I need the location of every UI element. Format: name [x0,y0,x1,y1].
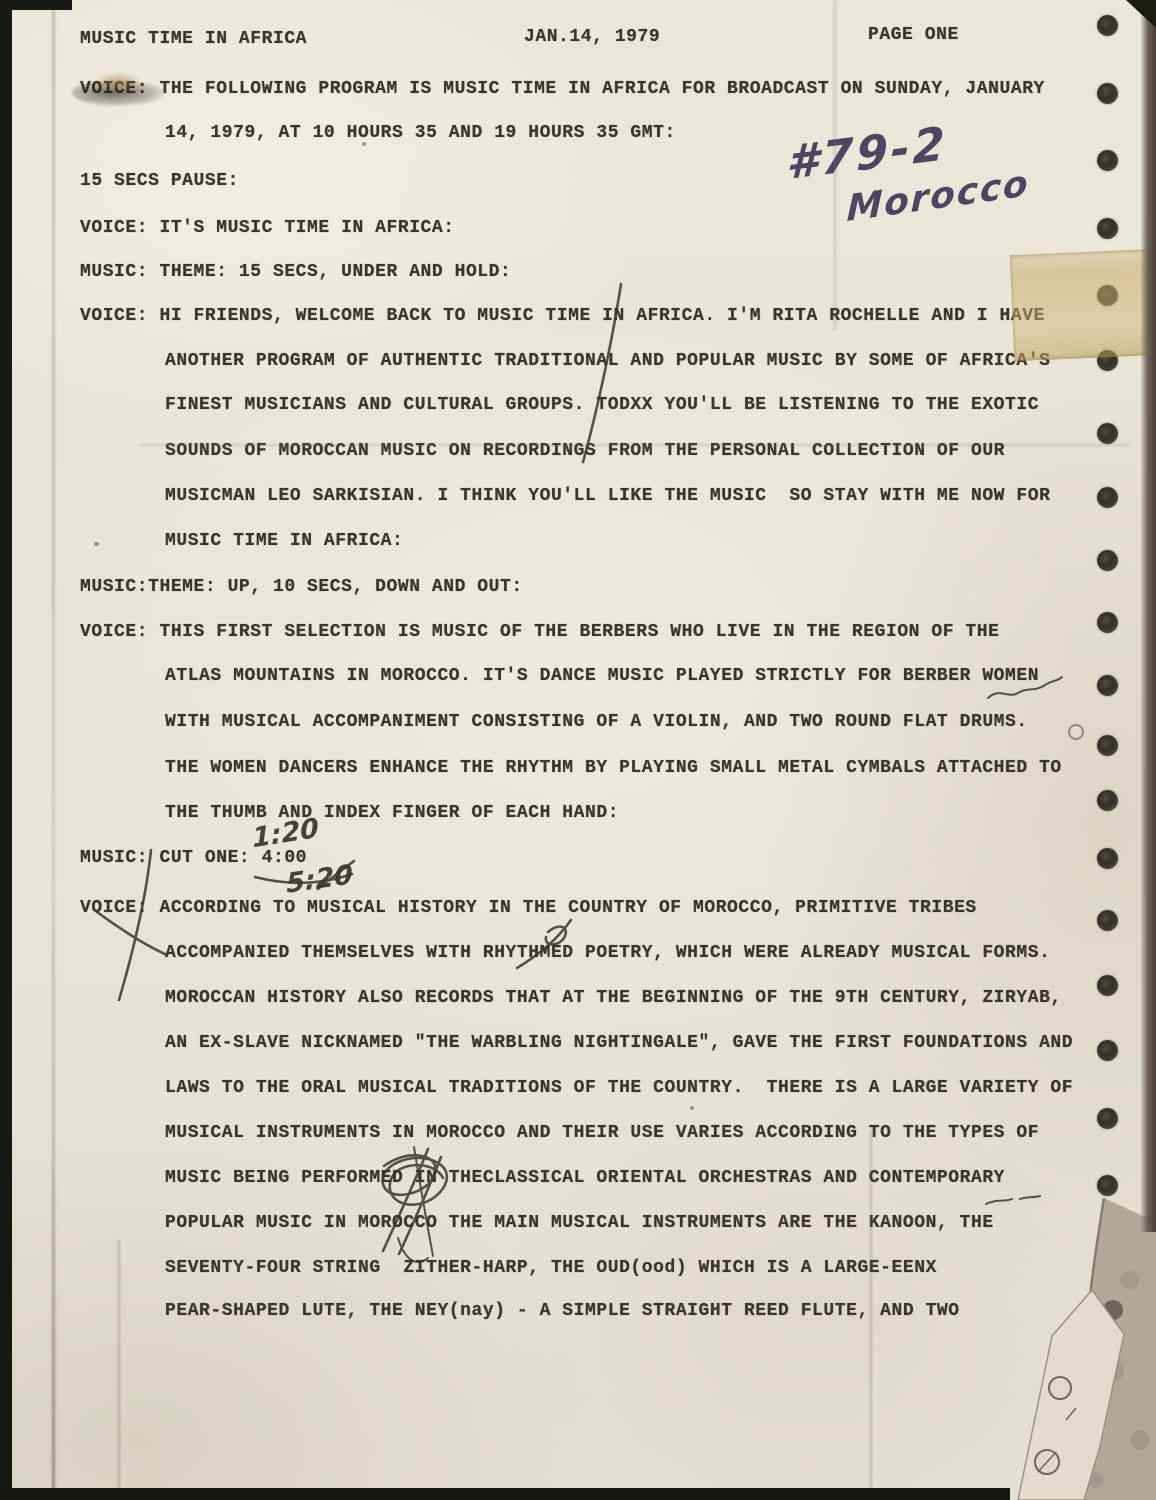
typed-line: MUSIC: THEME: 15 SECS, UNDER AND HOLD: [80,261,511,283]
typed-line: VOICE: THIS FIRST SELECTION IS MUSIC OF … [80,621,1000,643]
typed-line: ACCOMPANIED THEMSELVES WITH RHYTHMED POE… [165,942,1050,964]
typed-line: MUSIC:THEME: UP, 10 SECS, DOWN AND OUT: [80,576,523,598]
punch-hole [1097,350,1118,371]
typed-line: 15 SECS PAUSE: [80,170,239,192]
typed-line: THE WOMEN DANCERS ENHANCE THE RHYTHM BY … [165,757,1062,779]
page-date: JAN.14, 1979 [524,26,660,48]
typed-line: MUSICMAN LEO SARKISIAN. I THINK YOU'LL L… [165,485,1050,507]
punch-hole [1097,15,1118,36]
punch-hole [1097,83,1118,104]
punch-hole [1097,910,1118,931]
typed-line: WITH MUSICAL ACCOMPANIMENT CONSISTING OF… [165,711,1028,733]
page-title: MUSIC TIME IN AFRICA [80,28,307,50]
punch-hole [1097,550,1118,571]
typed-line: VOICE: ACCORDING TO MUSICAL HISTORY IN T… [80,897,977,919]
typed-line: ATLAS MOUNTAINS IN MOROCCO. IT'S DANCE M… [165,665,1039,687]
typed-line: FINEST MUSICIANS AND CULTURAL GROUPS. TO… [165,394,1039,416]
typed-line: LAWS TO THE ORAL MUSICAL TRADITIONS OF T… [165,1077,1073,1099]
punch-hole [1097,675,1118,696]
typed-line: MUSIC TIME IN AFRICA: [165,530,403,552]
punch-hole [1097,423,1118,444]
punch-hole [1097,790,1118,811]
speck [362,142,366,146]
typed-line: MUSIC BEING PERFORMED IN THECLASSICAL OR… [165,1167,1005,1189]
typed-line: AN EX-SLAVE NICKNAMED "THE WARBLING NIGH… [165,1032,1073,1054]
typed-line: ANOTHER PROGRAM OF AUTHENTIC TRADITIONAL… [165,350,1050,372]
punch-hole [1097,487,1118,508]
speck [94,542,99,546]
punch-hole [1097,735,1118,756]
typed-line: POPULAR MUSIC IN MOROCCO THE MAIN MUSICA… [165,1212,994,1234]
speck [690,1106,694,1110]
punch-hole [1097,1108,1118,1129]
punch-hole [1097,285,1118,306]
punch-hole [1097,1040,1118,1061]
punch-hole [1097,218,1118,239]
typed-line: MOROCCAN HISTORY ALSO RECORDS THAT AT TH… [165,987,1062,1009]
typed-line: MUSICAL INSTRUMENTS IN MOROCCO AND THEIR… [165,1122,1039,1144]
typed-line: VOICE: IT'S MUSIC TIME IN AFRICA: [80,217,455,239]
typed-line: VOICE: THE FOLLOWING PROGRAM IS MUSIC TI… [80,78,1045,100]
typed-line: SEVENTY-FOUR STRING ZITHER-HARP, THE OUD… [165,1257,937,1279]
hole-outline-mark [1068,724,1084,740]
punch-hole [1097,975,1118,996]
typed-line: THE THUMB AND INDEX FINGER OF EACH HAND: [165,802,619,824]
typed-line: VOICE: HI FRIENDS, WELCOME BACK TO MUSIC… [80,305,1045,327]
typed-line: 14, 1979, AT 10 HOURS 35 AND 19 HOURS 35… [165,122,676,144]
punch-hole [1097,612,1118,633]
page-number: PAGE ONE [868,24,959,46]
punch-hole [1097,1175,1118,1196]
scanned-typescript-page: MUSIC TIME IN AFRICA JAN.14, 1979 PAGE O… [0,0,1156,1500]
punch-hole [1097,150,1118,171]
typed-line: PEAR-SHAPED LUTE, THE NEY(nay) - A SIMPL… [165,1300,960,1322]
typed-line: SOUNDS OF MOROCCAN MUSIC ON RECORDINGS F… [165,440,1005,462]
punch-hole [1097,1240,1118,1261]
punch-hole [1097,848,1118,869]
